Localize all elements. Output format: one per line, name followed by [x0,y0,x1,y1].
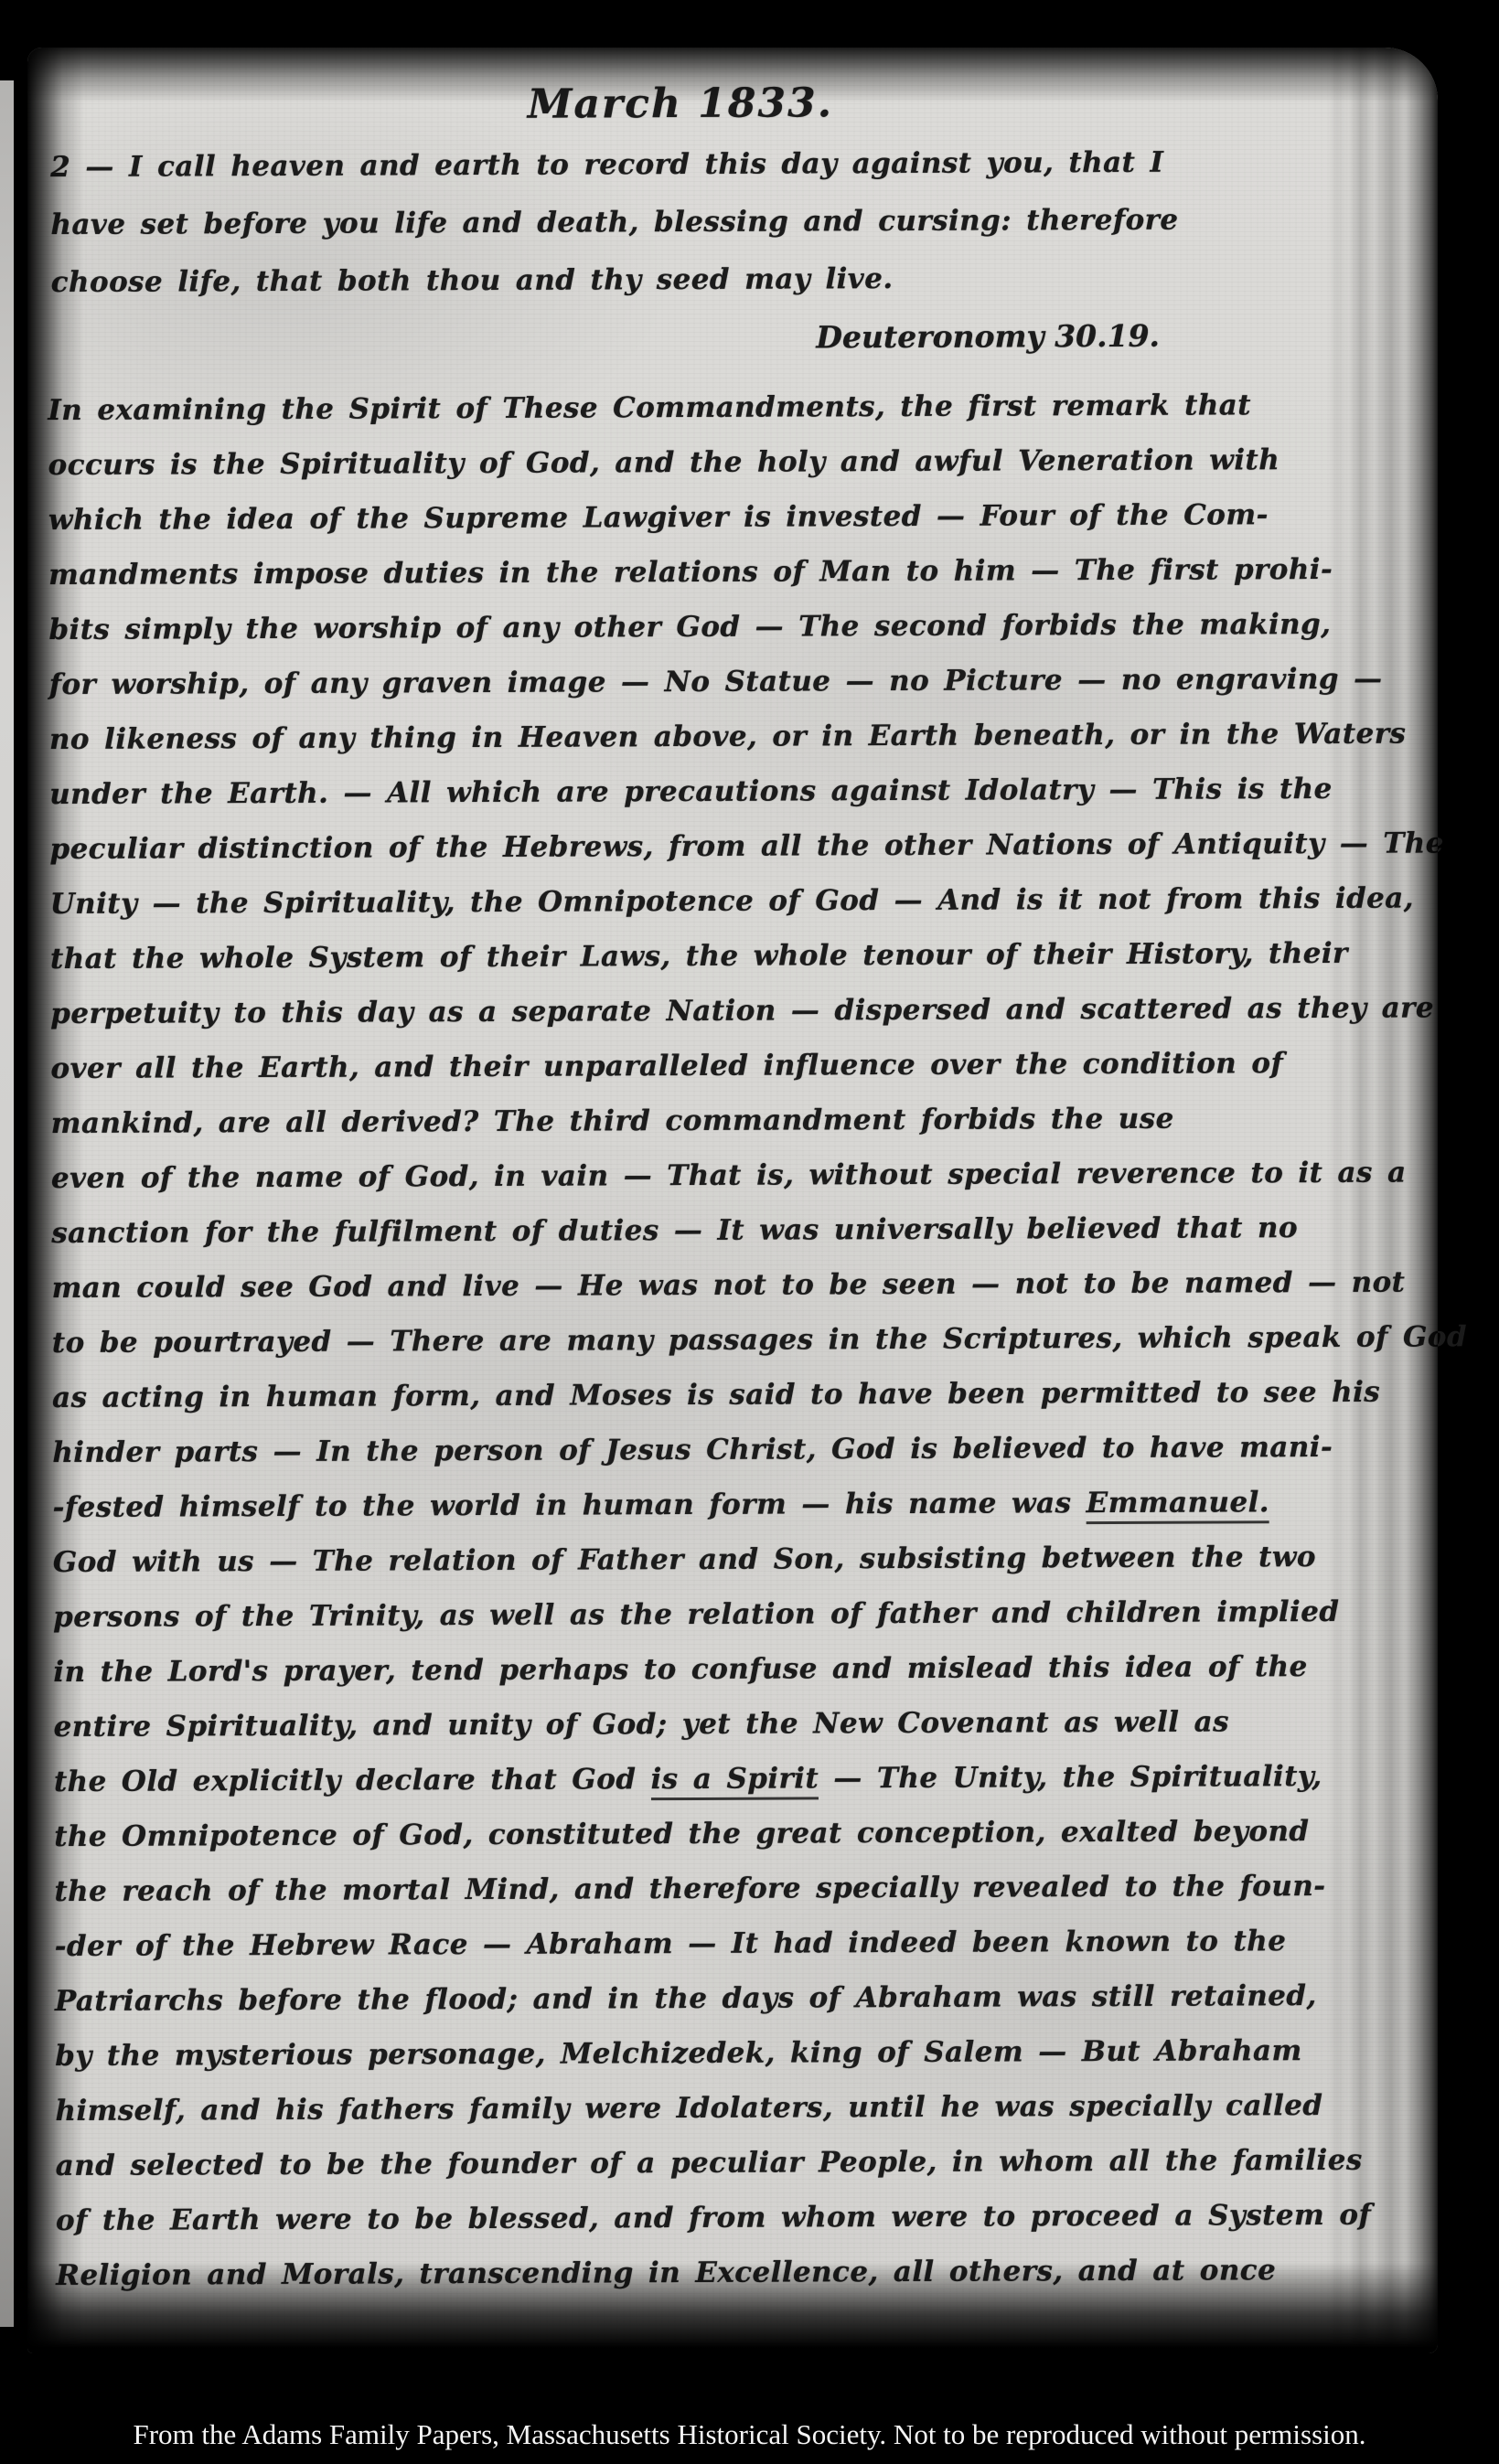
manuscript-line: in the Lord's prayer, tend perhaps to co… [53,1639,1321,1700]
manuscript-line: under the Earth. — All which are precaut… [49,762,1317,822]
manuscript-line: which the idea of the Supreme Lawgiver i… [48,487,1316,548]
gutter-shadow [27,48,84,2353]
manuscript-line: In examining the Spirit of These Command… [48,378,1315,438]
underlined-word: Emmanuel. [1087,1486,1269,1524]
manuscript-line: sanction for the fulfilment of duties — … [51,1200,1319,1261]
manuscript-line: no likeness of any thing in Heaven above… [49,707,1317,767]
underlined-word: is a Spirit [650,1762,819,1800]
manuscript-line: the Omnipotence of God, constituted the … [54,1804,1322,1864]
manuscript-line: bits simply the worship of any other God… [48,597,1316,657]
attribution-caption: From the Adams Family Papers, Massachuse… [0,2418,1499,2451]
page-bottom-shadow [27,2262,1438,2353]
manuscript-line: for worship, of any graven image — No St… [49,652,1317,712]
manuscript-line: -fested himself to the world in human fo… [52,1475,1320,1535]
manuscript-line: over all the Earth, and their unparallel… [50,1036,1318,1096]
manuscript-line: mankind, are all derived? The third comm… [51,1091,1319,1151]
book-page-edges [1328,48,1438,2353]
manuscript-line: 2 — I call heaven and earth to record th… [47,133,1314,197]
scripture-quote: 2 — I call heaven and earth to record th… [47,133,1315,312]
manuscript-line: to be pourtrayed — There are many passag… [52,1310,1320,1371]
manuscript-content: March 1833. 2 — I call heaven and earth … [47,45,1324,2303]
manuscript-line: as acting in human form, and Moses is sa… [52,1365,1320,1425]
manuscript-line: persons of the Trinity, as well as the r… [53,1584,1321,1645]
manuscript-line: -der of the Hebrew Race — Abraham — It h… [55,1914,1322,1974]
manuscript-line: of the Earth were to be blessed, and fro… [56,2188,1323,2248]
manuscript-line: man could see God and live — He was not … [51,1255,1319,1316]
manuscript-line: God with us — The relation of Father and… [53,1530,1321,1590]
manuscript-line: occurs is the Spirituality of God, and t… [48,432,1315,493]
manuscript-line: and selected to be the founder of a pecu… [56,2133,1323,2193]
manuscript-line: Patriarchs before the flood; and in the … [55,1968,1322,2029]
manuscript-line: choose life, that both thou and thy seed… [48,249,1315,312]
manuscript-line: the Old explicitly declare that God is a… [54,1749,1322,1809]
manuscript-line: have set before you life and death, bles… [47,191,1314,254]
manuscript-line: the reach of the mortal Mind, and theref… [54,1859,1322,1919]
manuscript-line: by the mysterious personage, Melchizedek… [55,2023,1322,2084]
manuscript-line: entire Spirituality, and unity of God; y… [54,1694,1322,1755]
manuscript-line: hinder parts — In the person of Jesus Ch… [52,1420,1320,1480]
manuscript-line: perpetuity to this day as a separate Nat… [50,981,1318,1041]
manuscript-line: peculiar distinction of the Hebrews, fro… [49,816,1317,877]
manuscript-line: even of the name of God, in vain — That … [51,1146,1319,1206]
facing-page-edge [0,80,14,2327]
manuscript-body: In examining the Spirit of These Command… [48,378,1323,2303]
manuscript-line: mandments impose duties in the relations… [48,542,1316,603]
manuscript-line: himself, and his fathers family were Ido… [55,2078,1322,2139]
manuscript-page: March 1833. 2 — I call heaven and earth … [27,48,1438,2353]
manuscript-line: that the whole System of their Laws, the… [50,926,1318,987]
page-top-shadow [27,48,1438,102]
scripture-citation: Deuteronomy 30.19. [48,306,1315,370]
manuscript-line: Unity — the Spirituality, the Omnipotenc… [50,871,1318,932]
